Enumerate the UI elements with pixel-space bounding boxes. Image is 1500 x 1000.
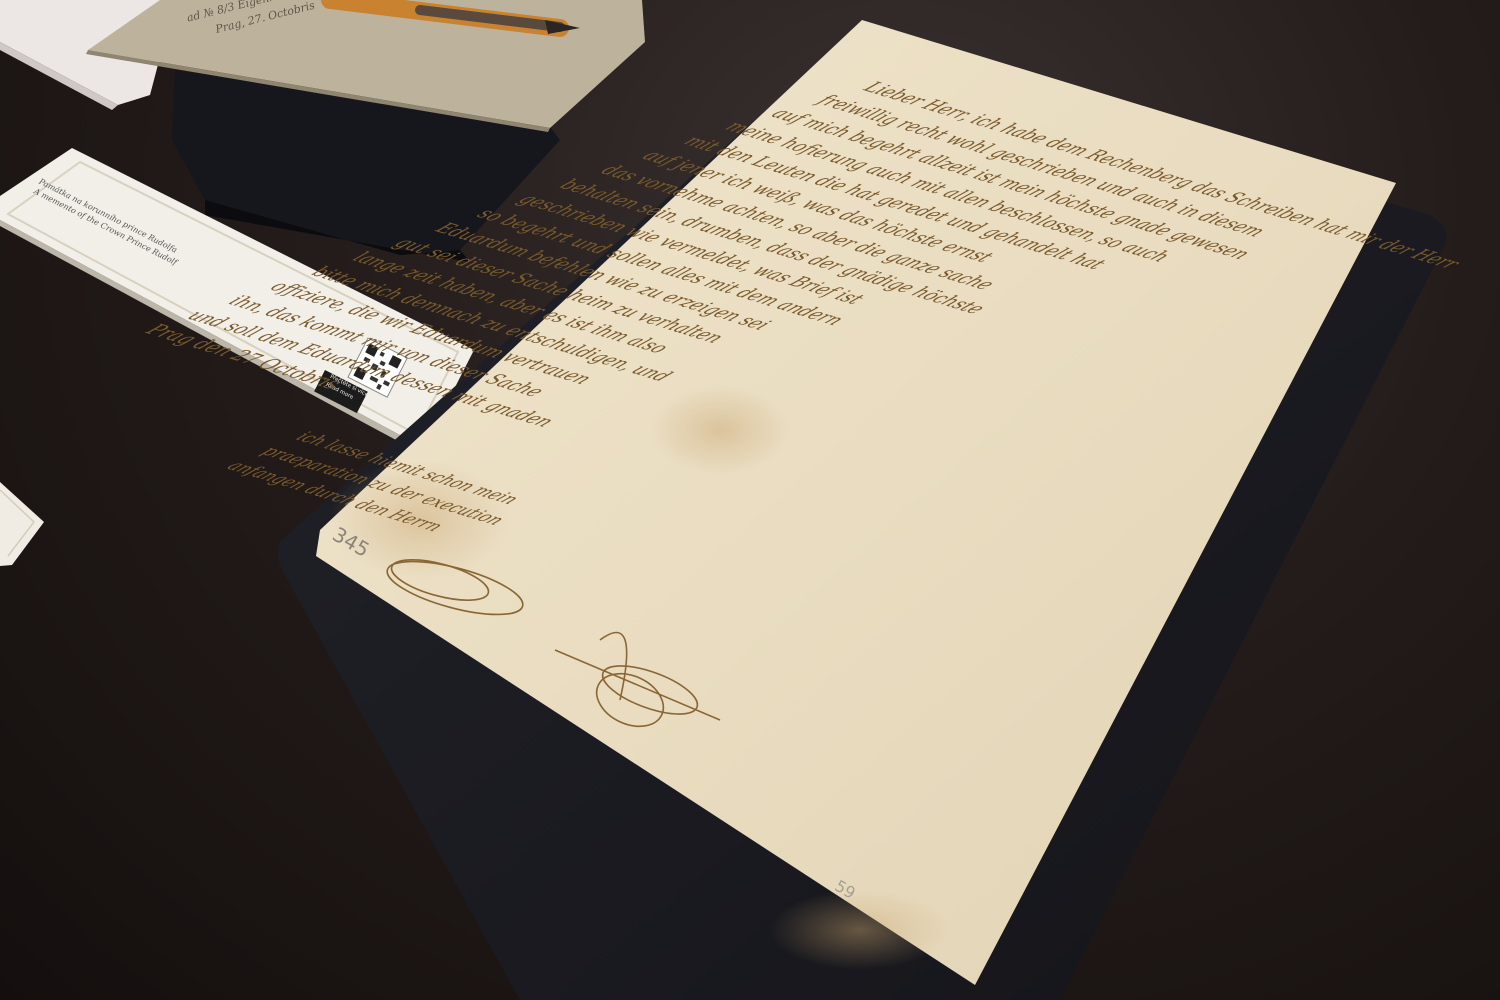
signature-flourish (0, 0, 1500, 1000)
